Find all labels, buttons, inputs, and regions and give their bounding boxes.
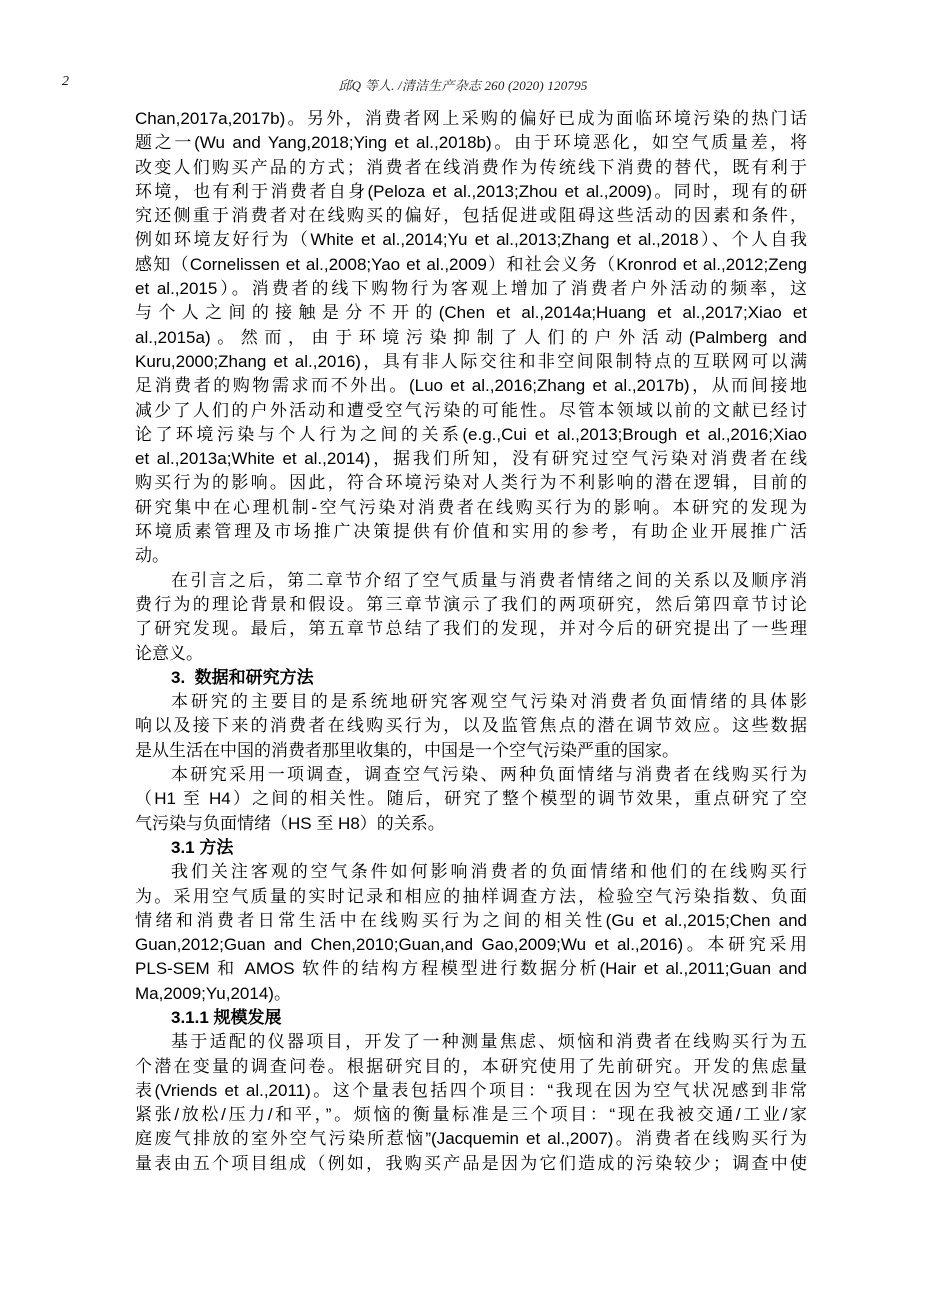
- text-line: 响以及接下来的消费者在线购买行为，以及监管焦点的潜在调节效应。这些数据: [135, 714, 807, 738]
- text-line: （H1 至 H4）之间的相关性。随后，研究了整个模型的调节效果，重点研究了空: [135, 787, 807, 811]
- text-line: 个潜在变量的调查问卷。根据研究目的，本研究使用了先前研究。开发的焦虑量: [135, 1055, 807, 1079]
- section-heading: 3. 数据和研究方法: [135, 666, 807, 690]
- text-line: 论意义。: [135, 642, 807, 666]
- text-line: 为。采用空气质量的实时记录和相应的抽样调查方法，检验空气污染指数、负面: [135, 885, 807, 909]
- text-line: Kuru,2000;Zhang et al.,2016)，具有非人际交往和非空间…: [135, 350, 807, 374]
- text-line: 气污染与负面情绪（HS 至 H8）的关系。: [135, 812, 807, 836]
- section-heading: 3.1.1 规模发展: [135, 1006, 807, 1030]
- text-line: 题之一(Wu and Yang,2018;Ying et al.,2018b)。…: [135, 131, 807, 155]
- text-line: 庭废气排放的室外空气污染所惹恼”(Jacquemin et al.,2007)。…: [135, 1127, 807, 1151]
- text-line: 研究集中在心理机制-空气污染对消费者在线购买行为的影响。本研究的发现为: [135, 496, 807, 520]
- text-line: 动。: [135, 544, 807, 568]
- text-line: 与个人之间的接触是分不开的(Chen et al.,2014a;Huang et…: [135, 301, 807, 325]
- paragraph: 我们关注客观的空气条件如何影响消费者的负面情绪和他们的在线购买行为。采用空气质量…: [135, 860, 807, 1006]
- text-line: 情绪和消费者日常生活中在线购买行为之间的相关性(Gu et al.,2015;C…: [135, 909, 807, 933]
- text-line: 紧张/放松/压力/和平，”。烦恼的衡量标准是三个项目：“现在我被交通/工业/家: [135, 1103, 807, 1127]
- text-line: 费行为的理论背景和假设。第三章节演示了我们的两项研究，然后第四章节讨论: [135, 593, 807, 617]
- text-line: 是从生活在中国的消费者那里收集的，中国是一个空气污染严重的国家。: [135, 739, 807, 763]
- section-heading: 3.1 方法: [135, 836, 807, 860]
- text-line: 购买行为的影响。因此，符合环境污染对人类行为不利影响的潜在逻辑，目前的: [135, 471, 807, 495]
- text-line: Chan,2017a,2017b)。另外，消费者网上采购的偏好已成为面临环境污染…: [135, 107, 807, 131]
- text-line: 本研究采用一项调查，调查空气污染、两种负面情绪与消费者在线购买行为: [135, 763, 807, 787]
- text-line: Ma,2009;Yu,2014)。: [135, 982, 807, 1006]
- document-body: Chan,2017a,2017b)。另外，消费者网上采购的偏好已成为面临环境污染…: [135, 107, 807, 1176]
- text-line: 感知（Cornelissen et al.,2008;Yao et al.,20…: [135, 253, 807, 277]
- paragraph: 基于适配的仪器项目，开发了一种测量焦虑、烦恼和消费者在线购买行为五个潜在变量的调…: [135, 1030, 807, 1176]
- text-line: 表(Vriends et al.,2011)。这个量表包括四个项目：“我现在因为…: [135, 1079, 807, 1103]
- text-line: 本研究的主要目的是系统地研究客观空气污染对消费者负面情绪的具体影: [135, 690, 807, 714]
- text-line: 论了环境污染与个人行为之间的关系(e.g.,Cui et al.,2013;Br…: [135, 423, 807, 447]
- text-line: et al.,2013a;White et al.,2014)，据我们所知，没有…: [135, 447, 807, 471]
- paragraph: 本研究采用一项调查，调查空气污染、两种负面情绪与消费者在线购买行为（H1 至 H…: [135, 763, 807, 836]
- text-line: al.,2015a)。然而，由于环境污染抑制了人们的户外活动(Palmberg …: [135, 326, 807, 350]
- paragraph: Chan,2017a,2017b)。另外，消费者网上采购的偏好已成为面临环境污染…: [135, 107, 807, 569]
- text-line: 了研究发现。最后，第五章节总结了我们的发现，并对今后的研究提出了一些理: [135, 617, 807, 641]
- text-line: 减少了人们的户外活动和遭受空气污染的可能性。尽管本领域以前的文献已经讨: [135, 399, 807, 423]
- text-line: 究还侧重于消费者对在线购买的偏好，包括促进或阻碍这些活动的因素和条件，: [135, 204, 807, 228]
- text-line: 我们关注客观的空气条件如何影响消费者的负面情绪和他们的在线购买行: [135, 860, 807, 884]
- text-line: 基于适配的仪器项目，开发了一种测量焦虑、烦恼和消费者在线购买行为五: [135, 1030, 807, 1054]
- text-line: 在引言之后，第二章节介绍了空气质量与消费者情绪之间的关系以及顺序消: [135, 569, 807, 593]
- text-line: PLS-SEM 和 AMOS 软件的结构方程模型进行数据分析(Hair et a…: [135, 957, 807, 981]
- text-line: 环境质素管理及市场推广决策提供有价值和实用的参考，有助企业开展推广活: [135, 520, 807, 544]
- text-line: Guan,2012;Guan and Chen,2010;Guan,and Ga…: [135, 933, 807, 957]
- running-header: 邱Q 等人. /清洁生产杂志 260 (2020) 120795: [0, 75, 926, 94]
- document-page: 2 邱Q 等人. /清洁生产杂志 260 (2020) 120795 Chan,…: [0, 0, 926, 1309]
- text-line: 量表由五个项目组成（例如，我购买产品是因为它们造成的污染较少；调查中使: [135, 1152, 807, 1176]
- text-line: 改变人们购买产品的方式；消费者在线消费作为传统线下消费的替代，既有利于: [135, 156, 807, 180]
- text-line: 环境，也有利于消费者自身(Peloza et al.,2013;Zhou et …: [135, 180, 807, 204]
- paragraph: 本研究的主要目的是系统地研究客观空气污染对消费者负面情绪的具体影响以及接下来的消…: [135, 690, 807, 763]
- text-line: 例如环境友好行为（White et al.,2014;Yu et al.,201…: [135, 228, 807, 252]
- paragraph: 在引言之后，第二章节介绍了空气质量与消费者情绪之间的关系以及顺序消费行为的理论背…: [135, 569, 807, 666]
- text-line: et al.,2015）。消费者的线下购物行为客观上增加了消费者户外活动的频率，…: [135, 277, 807, 301]
- text-line: 足消费者的购物需求而不外出。(Luo et al.,2016;Zhang et …: [135, 374, 807, 398]
